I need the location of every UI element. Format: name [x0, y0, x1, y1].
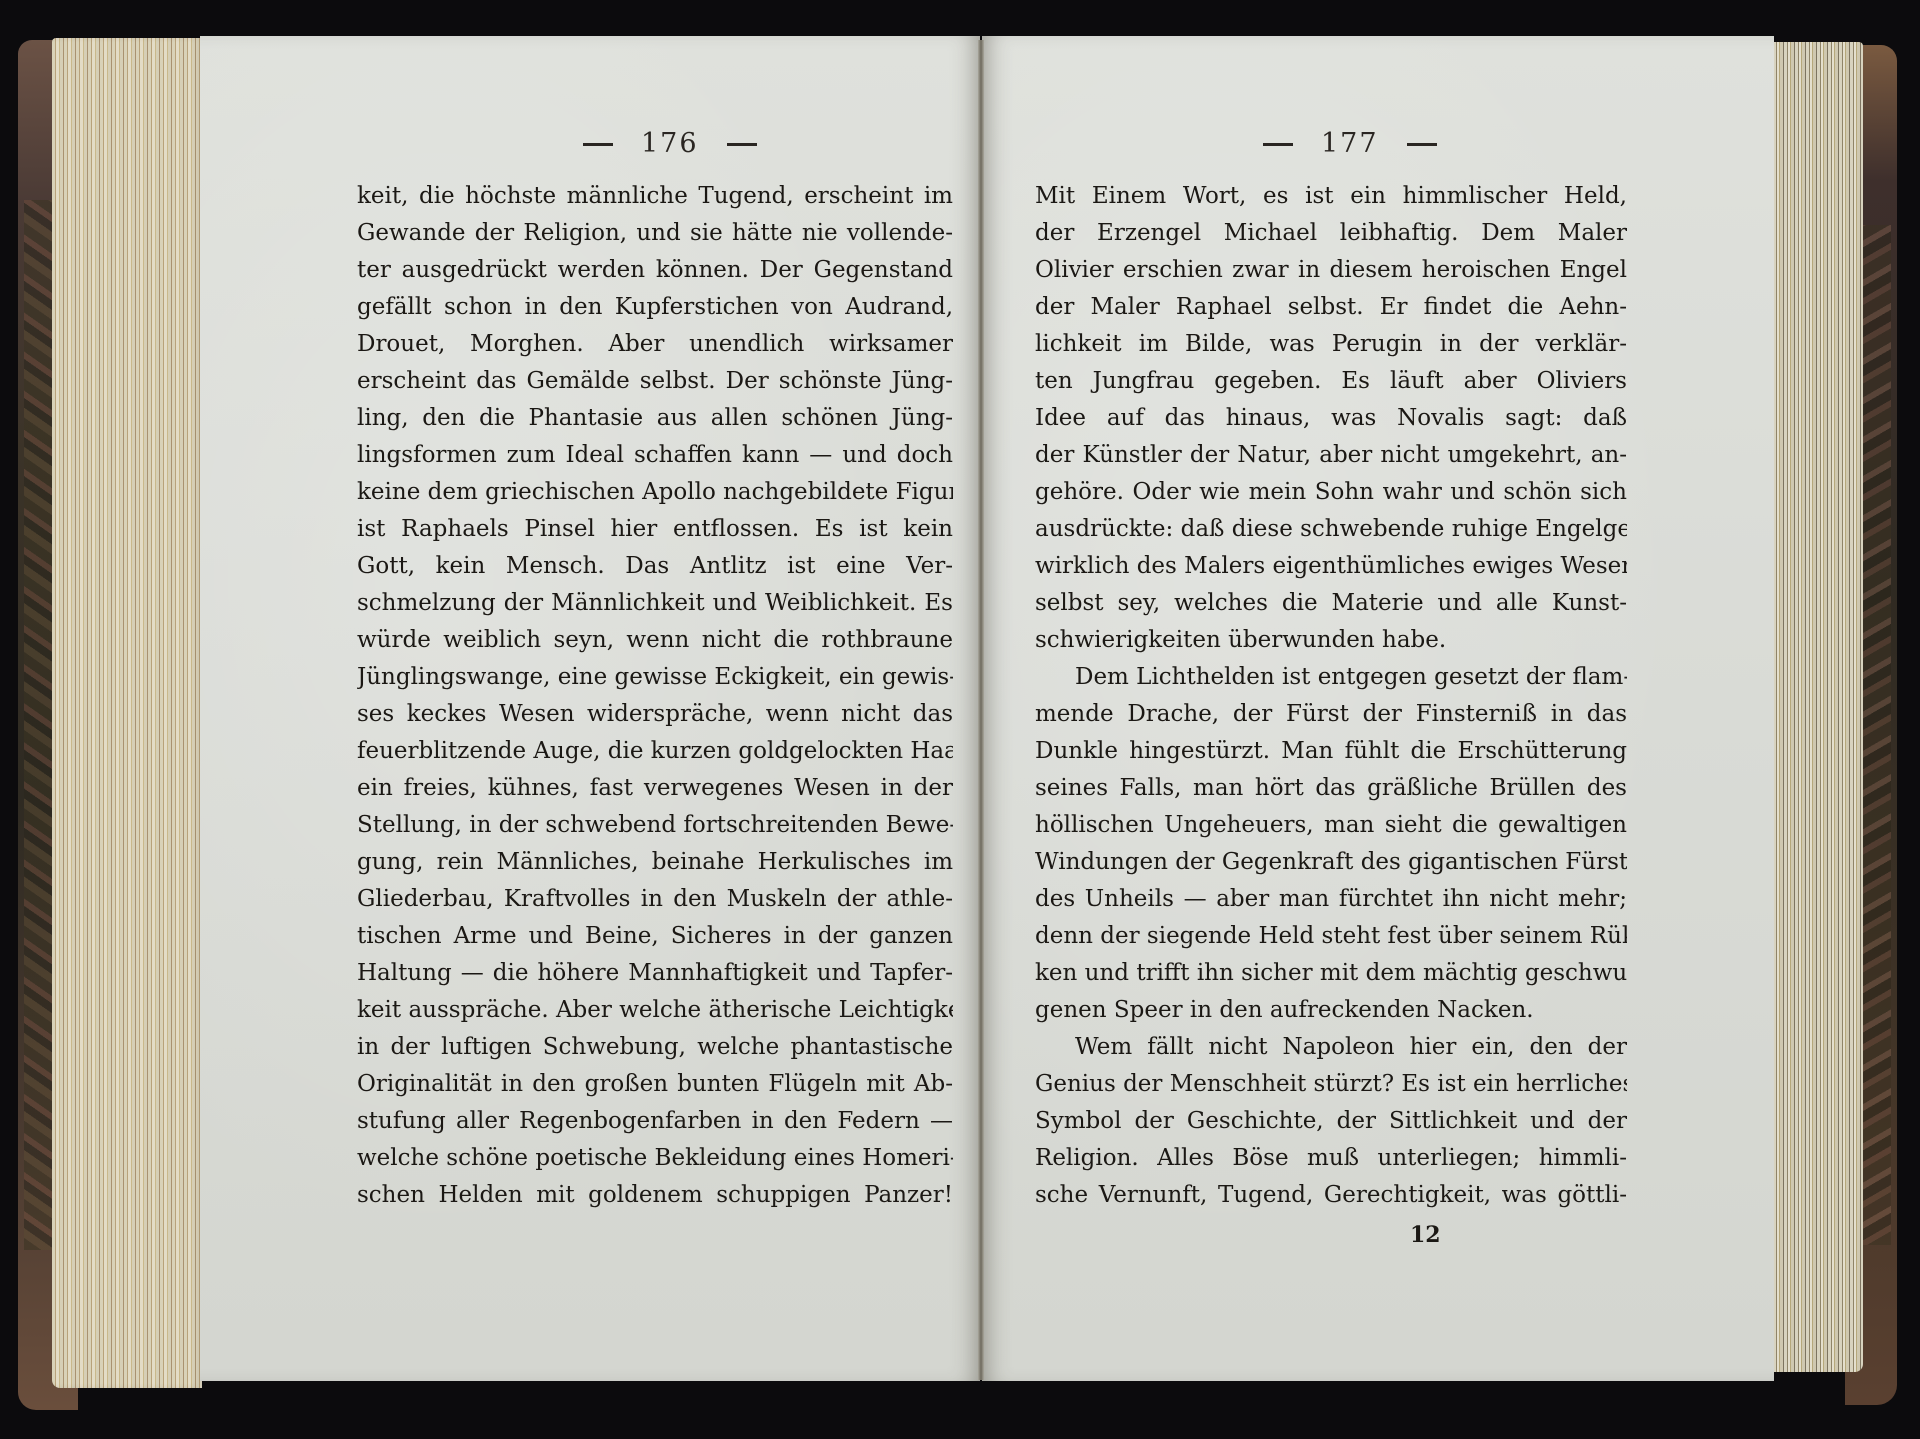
text-line: tischen Arme und Beine, Sicheres in der …	[357, 918, 953, 955]
text-line: Dunkle hingestürzt. Man fühlt die Erschü…	[1035, 733, 1627, 770]
text-line: wirklich des Malers eigenthümliches ewig…	[1035, 548, 1627, 585]
page-number-left: 176	[555, 128, 785, 159]
text-line: Dem Lichthelden ist entgegen gesetzt der…	[1035, 659, 1627, 696]
text-line: Gliederbau, Kraftvolles in den Muskeln d…	[357, 881, 953, 918]
text-line: gung, rein Männliches, beinahe Herkulisc…	[357, 844, 953, 881]
text-line: schmelzung der Männlichkeit und Weiblich…	[357, 585, 953, 622]
text-line: keit, die höchste männliche Tugend, ersc…	[357, 178, 953, 215]
text-line: keine dem griechischen Apollo nachgebild…	[357, 474, 953, 511]
folio-dash	[1263, 143, 1293, 146]
text-line: Idee auf das hinaus, was Novalis sagt: d…	[1035, 400, 1627, 437]
text-line: stufung aller Regenbogenfarben in den Fe…	[357, 1103, 953, 1140]
text-line: Drouet, Morghen. Aber unendlich wirksame…	[357, 326, 953, 363]
text-line: des Unheils — aber man fürchtet ihn nich…	[1035, 881, 1627, 918]
text-line: der Erzengel Michael leibhaftig. Dem Mal…	[1035, 215, 1627, 252]
text-line: Religion. Alles Böse muß unterliegen; hi…	[1035, 1140, 1627, 1177]
text-line: gefällt schon in den Kupferstichen von A…	[357, 289, 953, 326]
folio-dash	[583, 143, 613, 146]
text-line: in der luftigen Schwebung, welche phanta…	[357, 1029, 953, 1066]
text-line: Olivier erschien zwar in diesem heroisch…	[1035, 252, 1627, 289]
text-line: Haltung — die höhere Mannhaftigkeit und …	[357, 955, 953, 992]
text-line: erscheint das Gemälde selbst. Der schöns…	[357, 363, 953, 400]
page-number-right: 177	[1235, 128, 1465, 159]
text-line: ein freies, kühnes, fast verwegenes Wese…	[357, 770, 953, 807]
text-line: seines Falls, man hört das gräßliche Brü…	[1035, 770, 1627, 807]
text-line: welche schöne poetische Bekleidung eines…	[357, 1140, 953, 1177]
page-number-text: 176	[641, 128, 699, 159]
page-edges-left	[52, 38, 202, 1388]
text-line: lingsformen zum Ideal schaffen kann — un…	[357, 437, 953, 474]
text-line: ling, den die Phantasie aus allen schöne…	[357, 400, 953, 437]
text-line: feuerblitzende Auge, die kurzen goldgelo…	[357, 733, 953, 770]
text-line: schwierigkeiten überwunden habe.	[1035, 622, 1627, 659]
text-line: höllischen Ungeheuers, man sieht die gew…	[1035, 807, 1627, 844]
text-line: der Maler Raphael selbst. Er findet die …	[1035, 289, 1627, 326]
text-line: Gott, kein Mensch. Das Antlitz ist eine …	[357, 548, 953, 585]
page-number-text: 177	[1321, 128, 1379, 159]
text-line: keit ausspräche. Aber welche ätherische …	[357, 992, 953, 1029]
text-line: Windungen der Gegenkraft des gigantische…	[1035, 844, 1627, 881]
text-line: genen Speer in den aufreckenden Nacken.	[1035, 992, 1627, 1029]
left-page-text: keit, die höchste männliche Tugend, ersc…	[357, 178, 953, 1214]
text-line: Genius der Menschheit stürzt? Es ist ein…	[1035, 1066, 1627, 1103]
text-line: selbst sey, welches die Materie und alle…	[1035, 585, 1627, 622]
paragraph-1: Mit Einem Wort, es ist ein himmlischer H…	[1035, 178, 1627, 659]
text-line: der Künstler der Natur, aber nicht umgek…	[1035, 437, 1627, 474]
open-book: 176 keit, die höchste männliche Tugend, …	[0, 0, 1920, 1439]
folio-dash	[1407, 143, 1437, 146]
text-line: ter ausgedrückt werden können. Der Gegen…	[357, 252, 953, 289]
text-line: lichkeit im Bilde, was Perugin in der ve…	[1035, 326, 1627, 363]
text-line: Symbol der Geschichte, der Sittlichkeit …	[1035, 1103, 1627, 1140]
paragraph-3: Wem fällt nicht Napoleon hier ein, den d…	[1035, 1029, 1627, 1214]
text-line: denn der siegende Held steht fest über s…	[1035, 918, 1627, 955]
text-line: Originalität in den großen bunten Flügel…	[357, 1066, 953, 1103]
text-line: ten Jungfrau gegeben. Es läuft aber Oliv…	[1035, 363, 1627, 400]
gutter-fold	[978, 40, 984, 1380]
folio-dash	[727, 143, 757, 146]
text-line: mende Drache, der Fürst der Finsterniß i…	[1035, 696, 1627, 733]
text-line: Stellung, in der schwebend fortschreiten…	[357, 807, 953, 844]
right-page-text: Mit Einem Wort, es ist ein himmlischer H…	[1035, 178, 1627, 1214]
page-edges-right	[1773, 42, 1863, 1372]
text-line: ausdrückte: daß diese schwebende ruhige …	[1035, 511, 1627, 548]
text-line: gehöre. Oder wie mein Sohn wahr und schö…	[1035, 474, 1627, 511]
text-line: ken und trifft ihn sicher mit dem mächti…	[1035, 955, 1627, 992]
text-line: sche Vernunft, Tugend, Gerechtigkeit, wa…	[1035, 1177, 1627, 1214]
text-line: schen Helden mit goldenem schuppigen Pan…	[357, 1177, 953, 1214]
text-line: Jünglingswange, eine gewisse Eckigkeit, …	[357, 659, 953, 696]
text-line: Gewande der Religion, und sie hätte nie …	[357, 215, 953, 252]
text-line: ses keckes Wesen widerspräche, wenn nich…	[357, 696, 953, 733]
signature-mark: 12	[1410, 1222, 1441, 1248]
paragraph-2: Dem Lichthelden ist entgegen gesetzt der…	[1035, 659, 1627, 1029]
text-line: Wem fällt nicht Napoleon hier ein, den d…	[1035, 1029, 1627, 1066]
text-line: würde weiblich seyn, wenn nicht die roth…	[357, 622, 953, 659]
text-line: ist Raphaels Pinsel hier entflossen. Es …	[357, 511, 953, 548]
text-line: Mit Einem Wort, es ist ein himmlischer H…	[1035, 178, 1627, 215]
